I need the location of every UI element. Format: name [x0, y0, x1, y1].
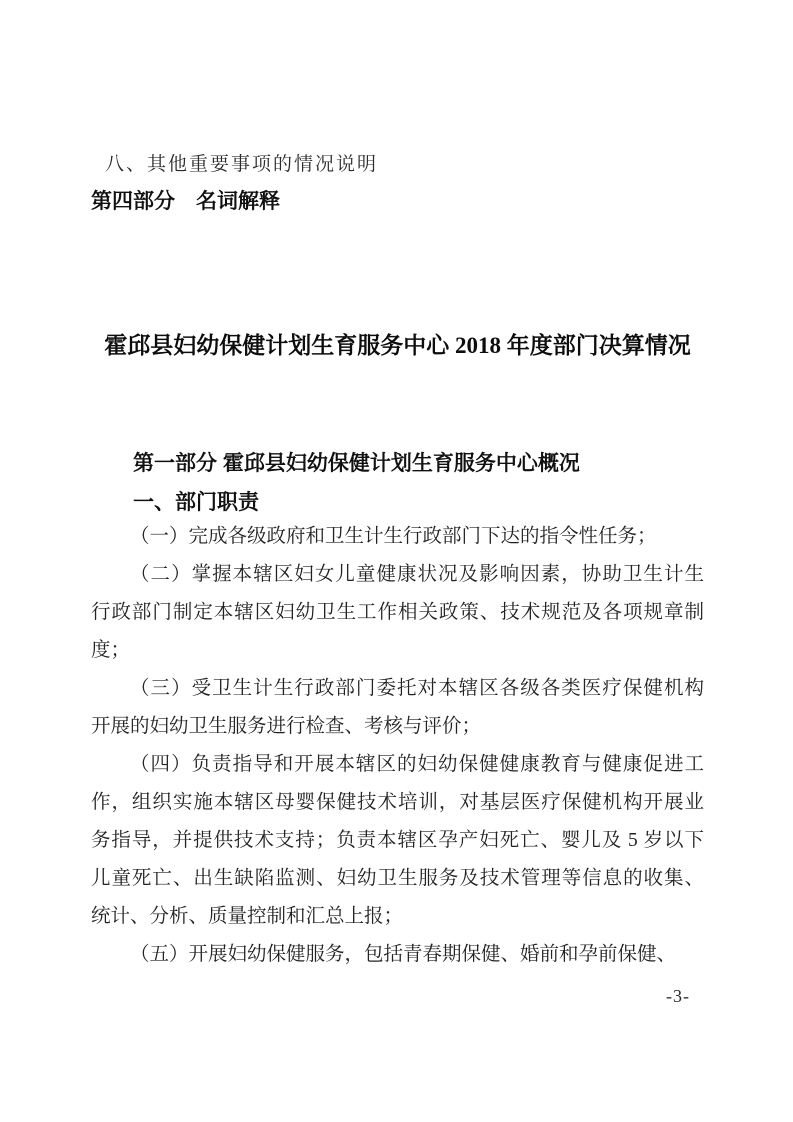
text-line: 行政部门制定本辖区妇幼卫生工作相关政策、技术规范及各项规章制: [91, 594, 704, 632]
page-number: -3-: [666, 986, 690, 1007]
part1-heading: 第一部分 霍邱县妇幼保健计划生育服务中心概况: [91, 447, 580, 477]
text-line: 统计、分析、质量控制和汇总上报；: [91, 898, 704, 936]
document-page: 八、其他重要事项的情况说明 第四部分 名词解释 霍邱县妇幼保健计划生育服务中心 …: [0, 0, 793, 1122]
duties-heading: 一、部门职责: [91, 486, 259, 516]
text-line: 务指导，并提供技术支持；负责本辖区孕产妇死亡、婴儿及 5 岁以下: [91, 822, 704, 860]
text-line: （一）完成各级政府和卫生计生行政部门下达的指令性任务；: [91, 518, 704, 556]
document-title: 霍邱县妇幼保健计划生育服务中心 2018 年度部门决算情况: [91, 327, 704, 360]
toc-part4-heading: 第四部分 名词解释: [91, 185, 280, 215]
body-text: （一）完成各级政府和卫生计生行政部门下达的指令性任务； （二）掌握本辖区妇女儿童…: [91, 518, 704, 974]
text-line: （三）受卫生计生行政部门委托对本辖区各级各类医疗保健机构: [91, 670, 704, 708]
text-line: 度；: [91, 632, 704, 670]
text-line: （二）掌握本辖区妇女儿童健康状况及影响因素，协助卫生计生: [91, 556, 704, 594]
text-line: 作，组织实施本辖区母婴保健技术培训，对基层医疗保健机构开展业: [91, 784, 704, 822]
text-line: （五）开展妇幼保健服务，包括青春期保健、婚前和孕前保健、: [91, 936, 704, 974]
toc-item-other-matters: 八、其他重要事项的情况说明: [105, 149, 378, 176]
text-line: 儿童死亡、出生缺陷监测、妇幼卫生服务及技术管理等信息的收集、: [91, 860, 704, 898]
text-line: 开展的妇幼卫生服务进行检查、考核与评价；: [91, 708, 704, 746]
text-line: （四）负责指导和开展本辖区的妇幼保健健康教育与健康促进工: [91, 746, 704, 784]
